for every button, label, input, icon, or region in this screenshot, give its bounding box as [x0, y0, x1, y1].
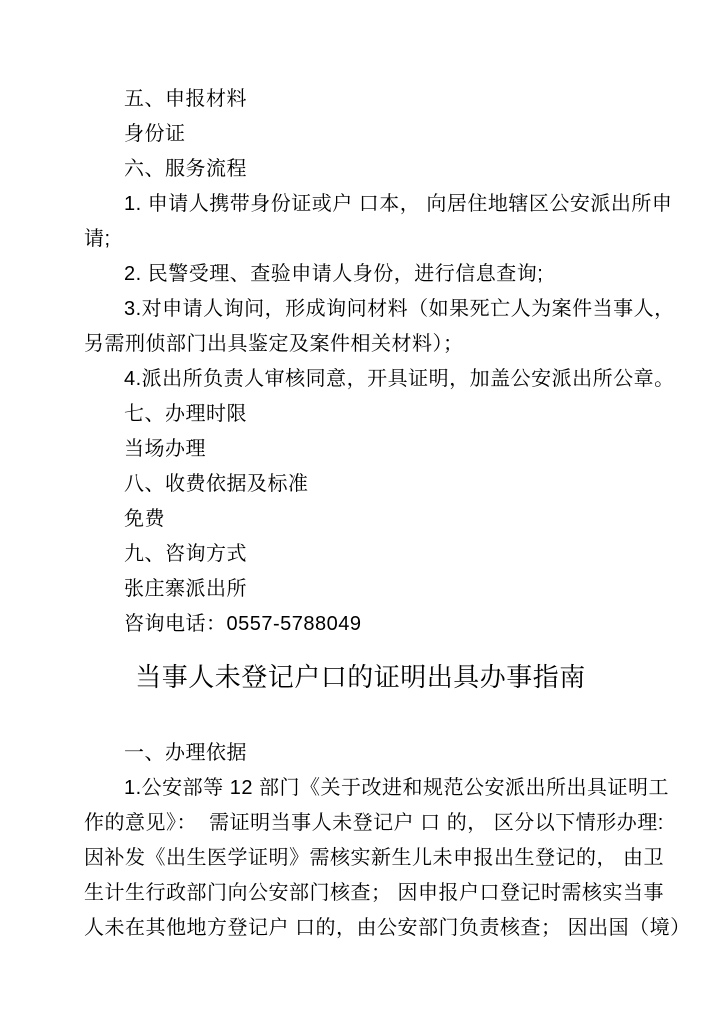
- heading-one-processing-basis: 一、办理依据: [84, 736, 637, 771]
- section-unregistered-hukou-guide: 一、办理依据 1.公安部等 12 部门《关于改进和规范公安派出所出具证明工 作的…: [84, 736, 637, 946]
- para-police-station-name: 张庄寨派出所: [84, 572, 637, 607]
- para-free: 免费: [84, 502, 637, 537]
- para-on-site-processing: 当场办理: [84, 432, 637, 467]
- para-step3-line2: 另需刑侦部门出具鉴定及案件相关材料）；: [84, 327, 637, 362]
- para-step1-line2: 请;: [84, 222, 637, 257]
- heading-five-application-materials: 五、申报材料: [84, 82, 637, 117]
- heading-eight-fee-standard: 八、收费依据及标准: [84, 467, 637, 502]
- para-basis-line3: 因补发《出生医学证明》需核实新生儿未申报出生登记的， 由卫: [84, 841, 637, 876]
- section-death-cert-guide-tail: 五、申报材料 身份证 六、服务流程 1. 申请人携带身份证或户 口本， 向居住地…: [84, 82, 637, 642]
- para-basis-line4: 生计生行政部门向公安部门核查； 因申报户口登记时需核实当事: [84, 876, 637, 911]
- para-basis-line1: 1.公安部等 12 部门《关于改进和规范公安派出所出具证明工: [84, 771, 637, 806]
- para-step2: 2. 民警受理、查验申请人身份，进行信息查询;: [84, 257, 637, 292]
- document-page: 五、申报材料 身份证 六、服务流程 1. 申请人携带身份证或户 口本， 向居住地…: [0, 0, 715, 1011]
- heading-seven-time-limit: 七、办理时限: [84, 397, 637, 432]
- page-title-unregistered-hukou-guide: 当事人未登记户口的证明出具办事指南: [84, 654, 637, 700]
- para-basis-line5: 人未在其他地方登记户 口的，由公安部门负责核查； 因出国（境）: [84, 911, 637, 946]
- para-step4: 4.派出所负责人审核同意，开具证明，加盖公安派出所公章。: [84, 362, 637, 397]
- para-step1-line1: 1. 申请人携带身份证或户 口本， 向居住地辖区公安派出所申: [84, 187, 637, 222]
- para-basis-line2: 作的意见》： 需证明当事人未登记户 口 的， 区分以下情形办理:: [84, 806, 637, 841]
- heading-six-service-process: 六、服务流程: [84, 152, 637, 187]
- para-consultation-phone: 咨询电话：0557-5788049: [84, 607, 637, 642]
- para-step3-line1: 3.对申请人询问，形成询问材料（如果死亡人为案件当事人，: [84, 292, 637, 327]
- document-content: 五、申报材料 身份证 六、服务流程 1. 申请人携带身份证或户 口本， 向居住地…: [0, 0, 715, 946]
- para-id-card: 身份证: [84, 117, 637, 152]
- heading-nine-consultation: 九、咨询方式: [84, 537, 637, 572]
